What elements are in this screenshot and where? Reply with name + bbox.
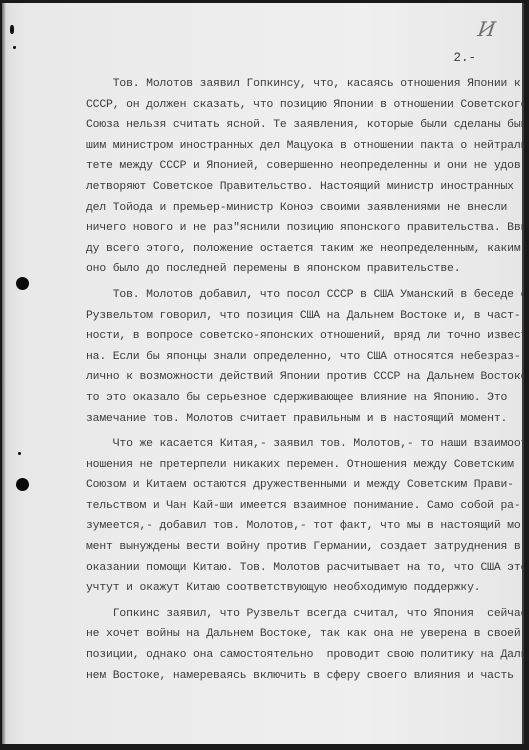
text-line: летворяют Советское Правительство. Насто… bbox=[86, 177, 506, 198]
punch-hole-bottom bbox=[16, 478, 29, 491]
text-line: Что же касается Китая,- заявил тов. Моло… bbox=[86, 434, 506, 455]
binding-mark-small bbox=[13, 46, 16, 49]
text-line: не хочет войны на Дальнем Востоке, так к… bbox=[86, 624, 506, 645]
text-line: Тов. Молотов добавил, что посол СССР в С… bbox=[86, 285, 506, 306]
text-line: шим министром иностранных дел Мацуока в … bbox=[86, 136, 506, 157]
text-line: мент вынуждены вести войну против Герман… bbox=[86, 537, 506, 558]
text-line: учтут и окажут Китаю соответствующую нео… bbox=[86, 578, 506, 599]
archive-handwritten-mark: И bbox=[476, 17, 496, 41]
paragraph-1: Тов. Молотов заявил Гопкинсу, что, касая… bbox=[86, 74, 506, 280]
text-line: нем Востоке, намереваясь включить в сфер… bbox=[86, 666, 506, 687]
text-line: тельством и Чан Кай-ши имеется взаимное … bbox=[86, 496, 506, 517]
text-line: ничего нового и не раз"яснили позицию яп… bbox=[86, 218, 506, 239]
text-line: Союза нельзя считать ясной. Те заявления… bbox=[86, 115, 506, 136]
text-line: на. Если бы японцы знали определенно, чт… bbox=[86, 347, 506, 368]
paragraph-3: Что же касается Китая,- заявил тов. Моло… bbox=[86, 434, 506, 599]
text-line: ности, в вопросе советско-японских отнош… bbox=[86, 326, 506, 347]
binding-mark-top bbox=[10, 25, 14, 34]
text-line: замечание тов. Молотов считает правильны… bbox=[86, 409, 506, 430]
punch-hole-top bbox=[16, 277, 29, 290]
document-body: Тов. Молотов заявил Гопкинсу, что, касая… bbox=[86, 74, 506, 686]
text-line: Союзом и Китаем остаются дружественными … bbox=[86, 475, 506, 496]
paragraph-4: Гопкинс заявил, что Рузвельт всегда счит… bbox=[86, 604, 506, 686]
text-line: Гопкинс заявил, что Рузвельт всегда счит… bbox=[86, 604, 506, 625]
document-page: И 2.- Тов. Молотов заявил Гопкинсу, что,… bbox=[2, 3, 524, 744]
text-line: СССР, он должен сказать, что позицию Япо… bbox=[86, 95, 506, 116]
text-line: Тов. Молотов заявил Гопкинсу, что, касая… bbox=[86, 74, 506, 95]
binding-mark-mid bbox=[18, 452, 21, 455]
text-line: позиции, однако она самостоятельно прово… bbox=[86, 645, 506, 666]
text-line: дел Тойода и премьер-министр Коноэ своим… bbox=[86, 198, 506, 219]
text-line: Рузвельтом говорил, что позиция США на Д… bbox=[86, 306, 506, 327]
paragraph-2: Тов. Молотов добавил, что посол СССР в С… bbox=[86, 285, 506, 429]
text-line: тете между СССР и Японией, совершенно не… bbox=[86, 156, 506, 177]
text-line: зумеется,- добавил тов. Молотов,- тот фа… bbox=[86, 516, 506, 537]
text-line: ду всего этого, положение остается таким… bbox=[86, 239, 506, 260]
text-line: ношения не претерпели никаких перемен. О… bbox=[86, 455, 506, 476]
text-line: лично к возможности действий Японии прот… bbox=[86, 367, 506, 388]
text-line: то это оказало бы серьезное сдерживающее… bbox=[86, 388, 506, 409]
page-number: 2.- bbox=[453, 51, 476, 65]
text-line: оно было до последней перемены в японско… bbox=[86, 259, 506, 280]
text-line: оказании помощи Китаю. Тов. Молотов расч… bbox=[86, 558, 506, 579]
